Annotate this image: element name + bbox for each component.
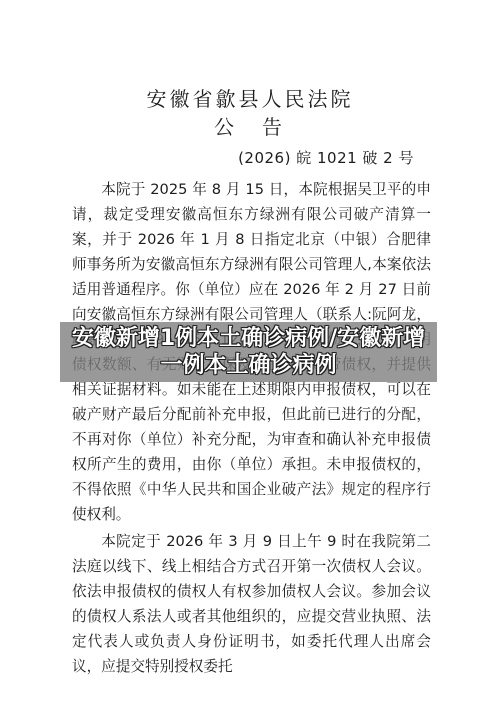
court-name: 安徽省歙县人民法院 — [0, 83, 500, 112]
notice-title: 公 告 — [0, 111, 500, 140]
case-number: (2026) 皖 1021 破 2 号 — [238, 147, 414, 168]
headline-overlay-banner: 安徽新增1例本土确诊病例/安徽新增 一例本土确诊病例 — [60, 322, 437, 382]
headline-overlay-line-2: 一例本土确诊病例 — [160, 352, 336, 379]
court-announcement-page: 安徽省歙县人民法院 公 告 (2026) 皖 1021 破 2 号 本院于 20… — [0, 0, 500, 706]
headline-overlay-line-1: 安徽新增1例本土确诊病例/安徽新增 — [72, 325, 425, 352]
notice-paragraph-2: 本院定于 2026 年 3 月 9 日上午 9 时在我院第二法庭以线下、线上相结… — [72, 529, 431, 679]
notice-body: 本院于 2025 年 8 月 15 日，本院根据吴卫平的申请，裁定受理安徽高恒东… — [72, 177, 431, 679]
